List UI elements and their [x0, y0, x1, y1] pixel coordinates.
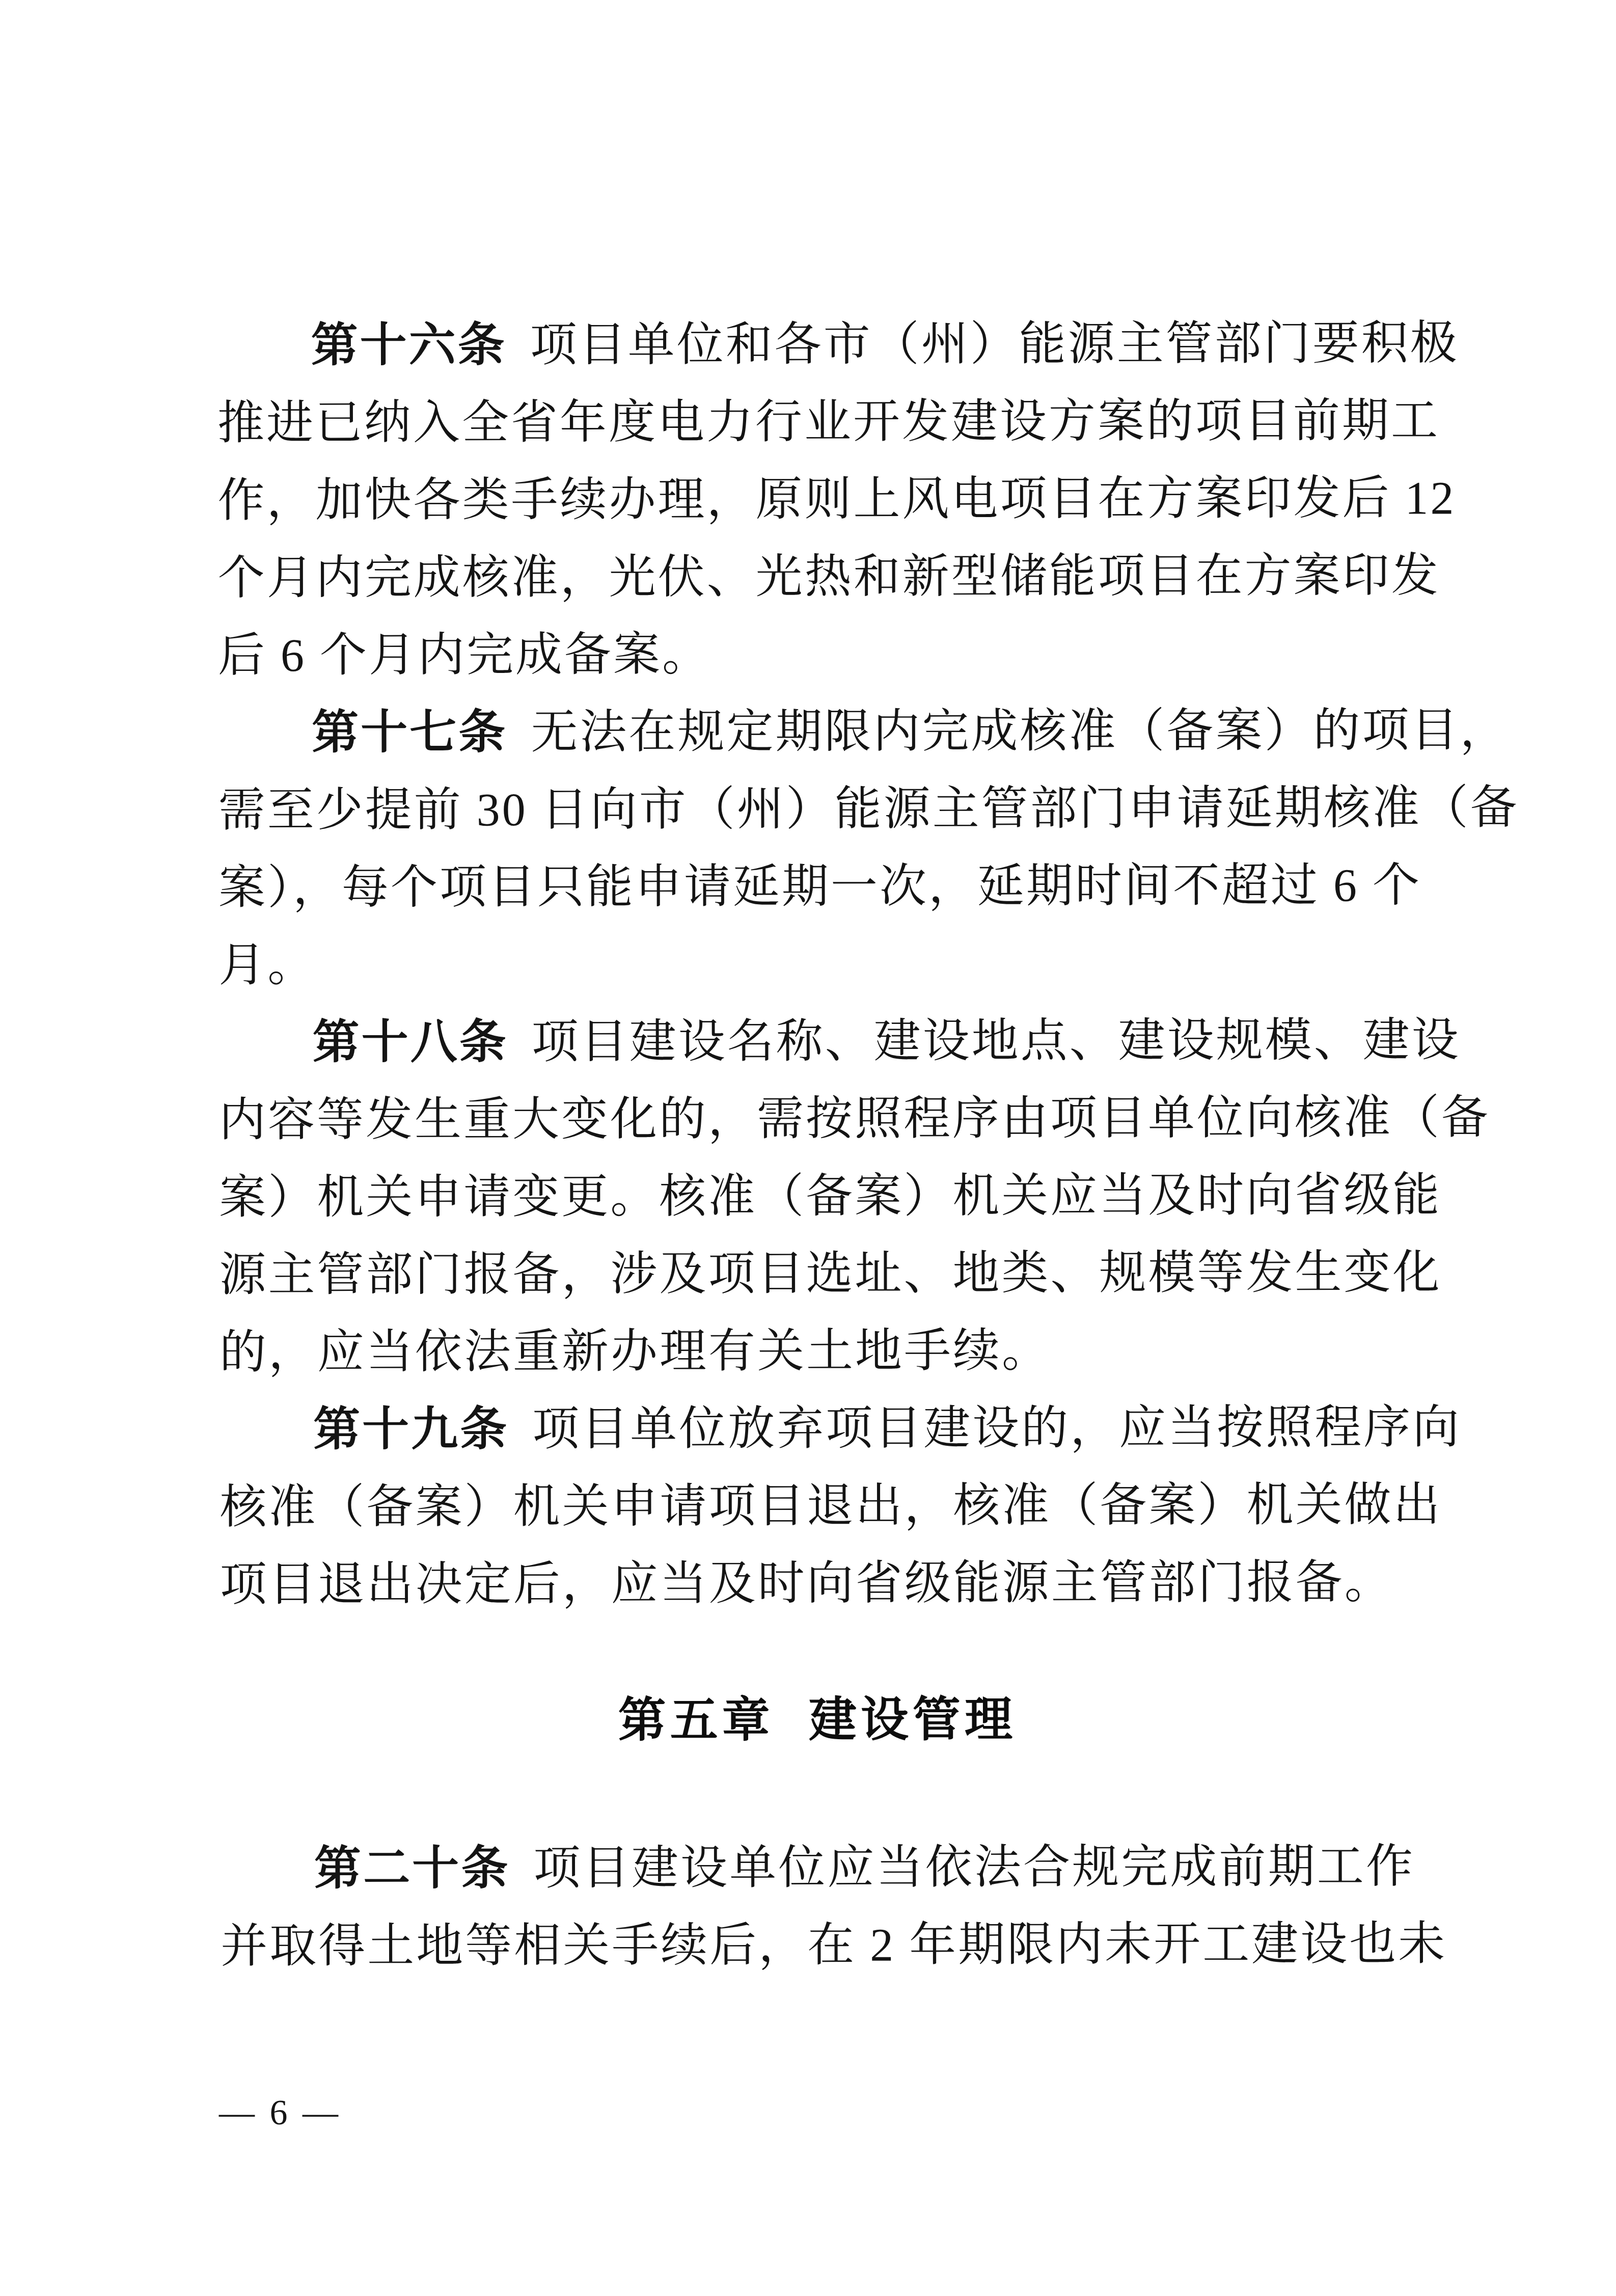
paragraph-line: 作，加快各类手续办理，原则上风电项目在方案印发后 12 — [217, 460, 1412, 539]
document-page: 第十六条项目单位和各市（州）能源主管部门要积极 推进已纳入全省年度电力行业开发建… — [0, 0, 1616, 2296]
paragraph-line: 核准（备案）机关申请项目退出，核准（备案）机关做出 — [220, 1466, 1414, 1546]
paragraph-line: 第十九条项目单位放弃项目建设的，应当按照程序向 — [220, 1389, 1414, 1469]
article-number: 第十六条 — [311, 319, 507, 371]
paragraph-line: 并取得土地等相关手续后，在 2 年期限内未开工建设也未 — [221, 1905, 1415, 1985]
line-text: 项目单位和各市（州）能源主管部门要积极 — [530, 317, 1459, 371]
line-text: 的，应当依法重新办理有关土地手续。 — [220, 1325, 1051, 1378]
line-text: 并取得土地等相关手续后，在 2 年期限内未开工建设也未 — [221, 1917, 1447, 1972]
article-number: 第十八条 — [312, 1016, 508, 1068]
paragraph-line: 第十六条项目单位和各市（州）能源主管部门要积极 — [217, 305, 1412, 385]
paragraph-line: 第二十条项目建设单位应当依法合规完成前期工作 — [221, 1828, 1415, 1908]
article-number: 第二十条 — [314, 1842, 510, 1895]
line-text: 项目建设单位应当依法合规完成前期工作 — [533, 1841, 1415, 1895]
line-text: 后 6 个月内完成备案。 — [218, 628, 711, 681]
paragraph-line: 月。 — [218, 924, 1413, 1004]
article-number: 第十九条 — [313, 1403, 509, 1455]
line-text: 核准（备案）机关申请项目退出，核准（备案）机关做出 — [220, 1478, 1442, 1533]
paragraph-line: 推进已纳入全省年度电力行业开发建设方案的项目前期工 — [217, 382, 1412, 462]
paragraph-line: 案），每个项目只能申请延期一次，延期时间不超过 6 个 — [218, 847, 1413, 927]
line-text: 案）机关申请变更。核准（备案）机关应当及时向省级能 — [219, 1169, 1441, 1223]
paragraph-line: 个月内完成核准，光伏、光热和新型储能项目在方案印发 — [218, 537, 1412, 617]
paragraph-line: 内容等发生重大变化的，需按照程序由项目单位向核准（备 — [219, 1079, 1413, 1159]
line-text: 项目退出决定后，应当及时向省级能源主管部门报备。 — [220, 1556, 1393, 1611]
line-text: 个月内完成核准，光伏、光热和新型储能项目在方案印发 — [218, 549, 1440, 604]
article-number: 第十七条 — [312, 706, 507, 759]
page-number: — 6 — — [219, 2093, 341, 2133]
line-text: 月。 — [218, 939, 316, 991]
paragraph-line: 案）机关申请变更。核准（备案）机关应当及时向省级能 — [219, 1156, 1413, 1236]
line-text: 无法在规定期限内完成核准（备案）的项目， — [531, 704, 1509, 758]
line-text: 项目单位放弃项目建设的，应当按照程序向 — [532, 1401, 1461, 1455]
line-text: 推进已纳入全省年度电力行业开发建设方案的项目前期工 — [217, 394, 1440, 449]
line-text: 项目建设名称、建设地点、建设规模、建设 — [531, 1014, 1460, 1068]
paragraph-line: 源主管部门报备，涉及项目选址、地类、规模等发生变化 — [219, 1234, 1413, 1314]
paragraph-line: 后 6 个月内完成备案。 — [218, 614, 1412, 694]
line-text: 源主管部门报备，涉及项目选址、地类、规模等发生变化 — [219, 1246, 1441, 1301]
line-text: 案），每个项目只能申请延期一次，延期时间不超过 6 个 — [218, 859, 1421, 914]
line-text: 需至少提前 30 日向市（州）能源主管部门申请延期核准（备 — [218, 781, 1519, 836]
line-text: 作，加快各类手续办理，原则上风电项目在方案印发后 12 — [217, 472, 1456, 526]
paragraph-line: 的，应当依法重新办理有关土地手续。 — [220, 1311, 1414, 1391]
paragraph-line: 第十八条项目建设名称、建设地点、建设规模、建设 — [218, 1002, 1413, 1082]
line-text: 内容等发生重大变化的，需按照程序由项目单位向核准（备 — [219, 1091, 1490, 1146]
paragraph-line: 需至少提前 30 日向市（州）能源主管部门申请延期核准（备 — [218, 769, 1412, 849]
chapter-heading: 第五章 建设管理 — [220, 1680, 1414, 1760]
paragraph-line: 项目退出决定后，应当及时向省级能源主管部门报备。 — [220, 1544, 1414, 1624]
document-body: 第十六条项目单位和各市（州）能源主管部门要积极 推进已纳入全省年度电力行业开发建… — [217, 305, 1415, 1985]
paragraph-line: 第十七条无法在规定期限内完成核准（备案）的项目， — [218, 692, 1412, 772]
